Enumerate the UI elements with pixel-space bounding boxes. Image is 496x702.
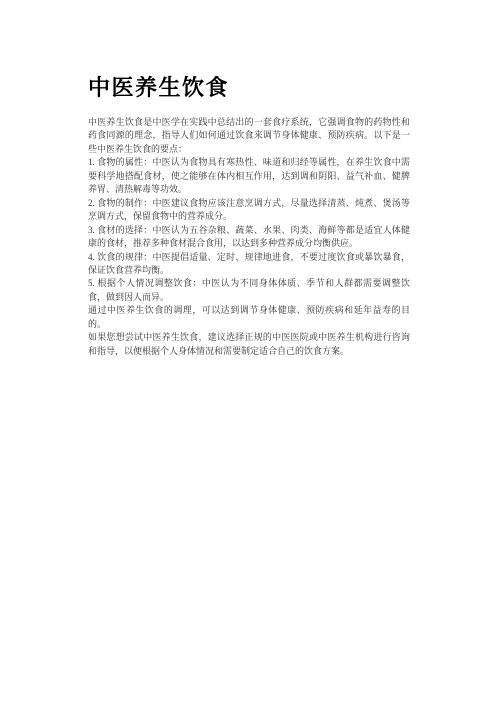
document-body: 中医养生饮食是中医学在实践中总结出的一套食疗系统，它强调食物的药物性和药食同源的… [88,116,410,358]
paragraph: 如果您想尝试中医养生饮食，建议选择正规的中医医院或中医养生机构进行咨询和指导，以… [88,331,410,358]
paragraph: 5. 根据个人情况调整饮食：中医认为不同身体体质、季节和人群都需要调整饮食，做到… [88,277,410,304]
document-page: 中医养生饮食 中医养生饮食是中医学在实践中总结出的一套食疗系统，它强调食物的药物… [0,0,496,702]
paragraph: 通过中医养生饮食的调理，可以达到调节身体健康、预防疾病和延年益寿的目的。 [88,304,410,331]
document-title: 中医养生饮食 [88,74,496,102]
paragraph: 2. 食物的制作：中医建议食物应该注意烹调方式，尽量选择清蒸、炖煮、煲汤等烹调方… [88,197,410,224]
paragraph: 3. 食材的选择：中医认为五谷杂粮、蔬菜、水果、肉类、海鲜等都是适宜人体健康的食… [88,224,410,251]
paragraph: 中医养生饮食是中医学在实践中总结出的一套食疗系统，它强调食物的药物性和药食同源的… [88,116,410,156]
paragraph: 4. 饮食的规律：中医提倡适量、定时、规律地进食，不要过度饮食或暴饮暴食，保证饮… [88,251,410,278]
paragraph: 1. 食物的属性：中医认为食物具有寒热性、味道和归经等属性，在养生饮食中需要科学… [88,156,410,196]
